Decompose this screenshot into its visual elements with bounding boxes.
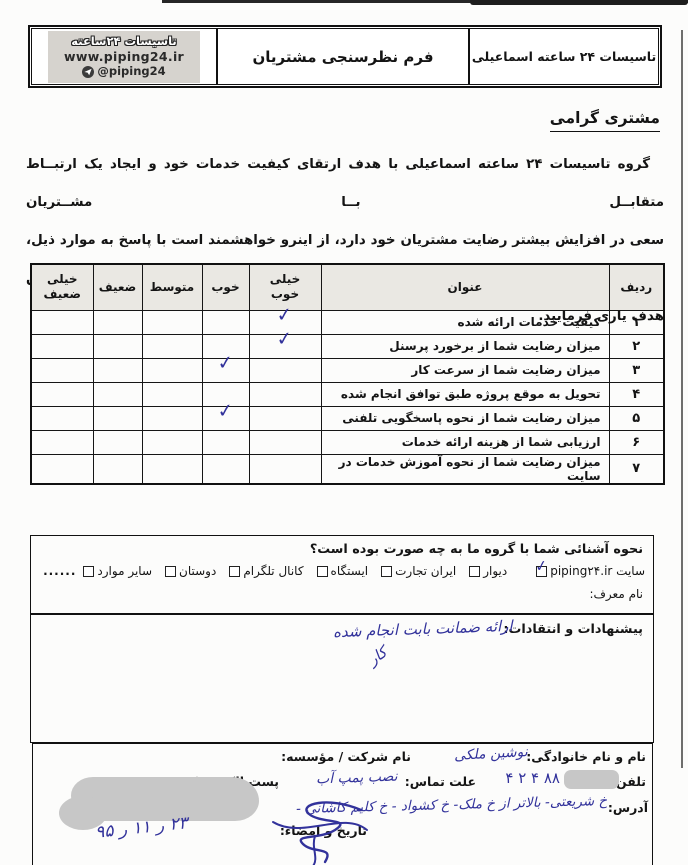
col-header-weak: ضعیف <box>93 264 142 310</box>
score-cell-very-good: ✓ <box>249 334 321 358</box>
score-cell-medium <box>142 310 202 334</box>
acquaintance-option: کانال تلگرام <box>229 564 303 578</box>
acquaintance-question: نحوه آشنائی شما با گروه ما به چه صورت بو… <box>31 536 653 557</box>
company-logo: تاسیسات ۲۴ساعته www.piping24.ir @piping2… <box>48 31 200 83</box>
score-cell-weak <box>93 334 142 358</box>
score-cell-medium <box>142 454 202 484</box>
acquaintance-option: دوستان <box>165 564 216 578</box>
checkbox-unchecked <box>229 566 240 577</box>
score-cell-very-good <box>249 382 321 406</box>
survey-row: ۶ارزیابی شما از هزینه ارائه خدمات <box>31 430 664 454</box>
contact-reason-label: علت تماس: <box>405 774 476 789</box>
intro-line: گروه تاسیسات ۲۴ ساعته اسماعیلی با هدف ار… <box>26 146 664 222</box>
checkbox-unchecked <box>83 566 94 577</box>
header-table: تاسیسات ۲۴ ساعته اسماعیلی فرم نظرسنجی مش… <box>28 25 662 88</box>
greeting-heading: مشتری گرامی <box>550 109 660 132</box>
option-label: ایستگاه <box>331 564 369 578</box>
acquaintance-box: نحوه آشنائی شما با گروه ما به چه صورت بو… <box>30 535 654 614</box>
col-header-row-number: ردیف <box>609 264 664 310</box>
score-cell-medium <box>142 406 202 430</box>
handwritten-check-mark: ✓ <box>277 338 293 340</box>
score-cell-very-weak <box>31 430 93 454</box>
form-title: فرم نظرسنجی مشتریان <box>218 29 470 84</box>
row-number: ۴ <box>609 382 664 406</box>
option-label: کانال تلگرام <box>243 564 303 578</box>
survey-row: ۳میزان رضایت شما از سرعت کار✓ <box>31 358 664 382</box>
survey-row: ۴تحویل به موقع پروژه طبق توافق انجام شده <box>31 382 664 406</box>
row-title: کیفیت خدمات ارائه شده <box>321 310 609 334</box>
survey-row: ۱کیفیت خدمات ارائه شده✓ <box>31 310 664 334</box>
score-cell-good <box>202 430 249 454</box>
signature-scribble <box>269 796 369 865</box>
score-cell-very-weak <box>31 334 93 358</box>
col-header-medium: متوسط <box>142 264 202 310</box>
logo-telegram-handle: @piping24 <box>82 64 165 78</box>
score-cell-medium <box>142 382 202 406</box>
logo-brand-text: تاسیسات ۲۴ساعته <box>71 34 176 48</box>
score-cell-medium <box>142 430 202 454</box>
checkbox-unchecked <box>469 566 480 577</box>
col-header-very-weak: خیلی ضعیف <box>31 264 93 310</box>
acquaintance-option: سایت piping۲۴.ir✓ <box>536 564 645 578</box>
score-cell-very-weak <box>31 310 93 334</box>
score-cell-good <box>202 310 249 334</box>
row-number: ۵ <box>609 406 664 430</box>
row-title: میزان رضایت شما از نحوه پاسخگویی تلفنی <box>321 406 609 430</box>
acquaintance-option: ایستگاه <box>317 564 369 578</box>
row-number: ۶ <box>609 430 664 454</box>
survey-table: ردیف عنوان خیلی خوب خوب متوسط ضعیف خیلی … <box>30 263 665 485</box>
contact-reason-handwriting: نصب پمپ آب <box>315 769 397 788</box>
contact-info-box: نام و نام خانوادگی: نوشین ملکی نام شرکت … <box>32 743 653 865</box>
referrer-name-label: نام معرف: <box>31 578 653 601</box>
row-title: میزان رضایت شما از سرعت کار <box>321 358 609 382</box>
score-cell-weak <box>93 310 142 334</box>
survey-row: ۲میزان رضایت شما از برخورد پرسنل✓ <box>31 334 664 358</box>
row-number: ۷ <box>609 454 664 484</box>
score-cell-very-weak <box>31 454 93 484</box>
row-title: تحویل به موقع پروژه طبق توافق انجام شده <box>321 382 609 406</box>
handwritten-check-mark: ✓ <box>217 410 233 412</box>
checkbox-checked: ✓ <box>536 566 547 577</box>
score-cell-weak <box>93 358 142 382</box>
phone-handwriting: ۸۸ ۴ ۲ ۴ <box>505 769 560 787</box>
other-option-dots: ...... <box>43 564 76 578</box>
company-name-label: نام شرکت / مؤسسه: <box>281 749 411 764</box>
survey-header-row: ردیف عنوان خیلی خوب خوب متوسط ضعیف خیلی … <box>31 264 664 310</box>
acquaintance-option: ایران تجارت <box>381 564 456 578</box>
col-header-good: خوب <box>202 264 249 310</box>
score-cell-medium <box>142 358 202 382</box>
handwritten-check-mark: ✓ <box>534 556 550 576</box>
score-cell-weak <box>93 454 142 484</box>
handwritten-check-mark: ✓ <box>217 362 233 364</box>
score-cell-good: ✓ <box>202 358 249 382</box>
telegram-icon <box>82 66 94 78</box>
option-label: سایر موارد <box>97 564 152 578</box>
row-title: ارزیابی شما از هزینه ارائه خدمات <box>321 430 609 454</box>
row-number: ۱ <box>609 310 664 334</box>
row-title: میزان رضایت شما از برخورد پرسنل <box>321 334 609 358</box>
logo-website-url: www.piping24.ir <box>64 49 184 65</box>
checkbox-unchecked <box>165 566 176 577</box>
address-label: آدرس: <box>608 800 648 815</box>
checkbox-unchecked <box>381 566 392 577</box>
scan-artifact-top-line-thick <box>470 0 688 5</box>
row-title: میزان رضایت شما از نحوه آموزش خدمات در س… <box>321 454 609 484</box>
score-cell-very-weak <box>31 358 93 382</box>
option-label: سایت piping۲۴.ir <box>550 564 645 578</box>
handwritten-check-mark: ✓ <box>277 314 293 316</box>
score-cell-good: ✓ <box>202 406 249 430</box>
suggestions-handwriting: ارائه ضمانت بابت انجام شده <box>333 617 513 641</box>
checkbox-unchecked <box>317 566 328 577</box>
acquaintance-option: دیوار <box>469 564 507 578</box>
suggestions-handwriting: کار <box>365 643 391 669</box>
acquaintance-options: سایت piping۲۴.ir✓دیوارایران تجارتایستگاه… <box>31 557 653 578</box>
score-cell-very-weak <box>31 406 93 430</box>
redaction-blob-phone <box>564 770 619 789</box>
score-cell-weak <box>93 382 142 406</box>
logo-cell: تاسیسات ۲۴ساعته www.piping24.ir @piping2… <box>32 29 218 84</box>
row-number: ۲ <box>609 334 664 358</box>
score-cell-very-weak <box>31 382 93 406</box>
option-label: دوستان <box>179 564 216 578</box>
score-cell-medium <box>142 334 202 358</box>
score-cell-weak <box>93 406 142 430</box>
company-name: تاسیسات ۲۴ ساعته اسماعیلی <box>470 29 658 84</box>
name-label: نام و نام خانوادگی: <box>526 749 646 764</box>
suggestions-box: پیشنهادات و انتقادات: ارائه ضمانت بابت ا… <box>30 614 654 743</box>
score-cell-very-good <box>249 358 321 382</box>
score-cell-very-good <box>249 406 321 430</box>
scanned-survey-form-page: تاسیسات ۲۴ ساعته اسماعیلی فرم نظرسنجی مش… <box>0 0 688 865</box>
score-cell-good <box>202 454 249 484</box>
telegram-handle-text: @piping24 <box>97 64 165 78</box>
acquaintance-option: سایر موارد...... <box>43 564 152 578</box>
option-label: ایران تجارت <box>395 564 456 578</box>
name-handwriting: نوشین ملکی <box>454 744 528 764</box>
col-header-title: عنوان <box>321 264 609 310</box>
score-cell-weak <box>93 430 142 454</box>
survey-row: ۵میزان رضایت شما از نحوه پاسخگویی تلفنی✓ <box>31 406 664 430</box>
survey-row: ۷میزان رضایت شما از نحوه آموزش خدمات در … <box>31 454 664 484</box>
scan-artifact-right-edge <box>681 30 683 768</box>
score-cell-very-good <box>249 454 321 484</box>
score-cell-very-good <box>249 430 321 454</box>
row-number: ۳ <box>609 358 664 382</box>
suggestions-label: پیشنهادات و انتقادات: <box>493 615 653 637</box>
option-label: دیوار <box>483 564 507 578</box>
